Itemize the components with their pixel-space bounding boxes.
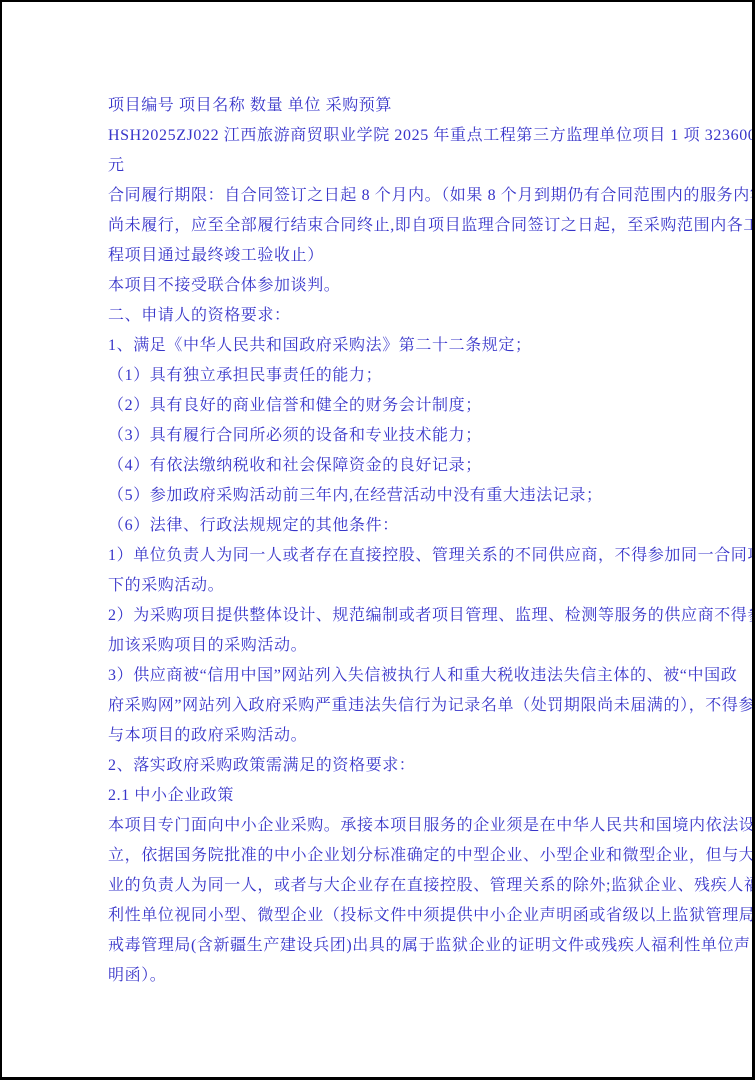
sme-policy-line-5: 戒毒管理局(含新疆生产建设兵团)出具的属于监狱企业的证明文件或残疾人福利性单位声 <box>108 931 656 961</box>
clause-1-item-2: （2）具有良好的商业信誉和健全的财务会计制度； <box>108 391 656 421</box>
clause-1-item-1: （1）具有独立承担民事责任的能力； <box>108 361 656 391</box>
project-summary-line-2: 元 <box>108 151 656 181</box>
clause-2-1-heading-line: 2.1 中小企业政策 <box>108 781 656 811</box>
clause-1-item-3: （3）具有履行合同所必须的设备和专业技术能力； <box>108 421 656 451</box>
sme-policy-line-4: 利性单位视同小型、微型企业（投标文件中须提供中小企业声明函或省级以上监狱管理局、 <box>108 901 656 931</box>
rule-2-line-1: 2）为采购项目提供整体设计、规范编制或者项目管理、监理、检测等服务的供应商不得参 <box>108 601 656 631</box>
no-consortium-note: 本项目不接受联合体参加谈判。 <box>108 271 656 301</box>
sme-policy-line-2: 立，依据国务院批准的中小企业划分标准确定的中型企业、小型企业和微型企业，但与大企 <box>108 841 656 871</box>
clause-1-item-4: （4）有依法缴纳税收和社会保障资金的良好记录； <box>108 451 656 481</box>
rule-2: 2）为采购项目提供整体设计、规范编制或者项目管理、监理、检测等服务的供应商不得参… <box>108 601 656 661</box>
contract-period-line-3: 程项目通过最终竣工验收止） <box>108 241 656 271</box>
rule-3-line-1: 3）供应商被“信用中国”网站列入失信被执行人和重大税收违法失信主体的、被“中国政 <box>108 661 656 691</box>
clause-1-item-2-line: （2）具有良好的商业信誉和健全的财务会计制度； <box>108 391 656 421</box>
document-page: { "document": { "text_color": "#3734c9",… <box>0 0 755 1080</box>
clause-1-item-3-line: （3）具有履行合同所必须的设备和专业技术能力； <box>108 421 656 451</box>
table-header-line: 项目编号 项目名称 数量 单位 采购预算 <box>108 91 656 121</box>
table-header-row: 项目编号 项目名称 数量 单位 采购预算 <box>108 91 656 121</box>
section-2-heading: 二、申请人的资格要求： <box>108 301 656 331</box>
clause-1-item-5: （5）参加政府采购活动前三年内,在经营活动中没有重大违法记录； <box>108 481 656 511</box>
rule-3: 3）供应商被“信用中国”网站列入失信被执行人和重大税收违法失信主体的、被“中国政… <box>108 661 656 751</box>
clause-1-item-6: （6）法律、行政法规规定的其他条件： <box>108 511 656 541</box>
sme-policy-line-6: 明函）。 <box>108 961 656 991</box>
clause-2-1-heading: 2.1 中小企业政策 <box>108 781 656 811</box>
document-content: 项目编号 项目名称 数量 单位 采购预算 HSH2025ZJ022 江西旅游商贸… <box>108 91 656 991</box>
rule-3-line-3: 与本项目的政府采购活动。 <box>108 721 656 751</box>
contract-period-line-2: 尚未履行，应至全部履行结束合同终止,即自项目监理合同签订之日起，至采购范围内各工 <box>108 211 656 241</box>
sme-policy-line-3: 业的负责人为同一人，或者与大企业存在直接控股、管理关系的除外;监狱企业、残疾人福 <box>108 871 656 901</box>
rule-1: 1）单位负责人为同一人或者存在直接控股、管理关系的不同供应商，不得参加同一合同项… <box>108 541 656 601</box>
clause-1: 1、满足《中华人民共和国政府采购法》第二十二条规定； <box>108 331 656 361</box>
rule-2-line-2: 加该采购项目的采购活动。 <box>108 631 656 661</box>
contract-period: 合同履行期限：自合同签订之日起 8 个月内。（如果 8 个月到期仍有合同范围内的… <box>108 181 656 271</box>
sme-policy-line-1: 本项目专门面向中小企业采购。承接本项目服务的企业须是在中华人民共和国境内依法设 <box>108 811 656 841</box>
clause-1-line: 1、满足《中华人民共和国政府采购法》第二十二条规定； <box>108 331 656 361</box>
sme-policy: 本项目专门面向中小企业采购。承接本项目服务的企业须是在中华人民共和国境内依法设 … <box>108 811 656 991</box>
section-2-heading-line: 二、申请人的资格要求： <box>108 301 656 331</box>
clause-1-item-6-line: （6）法律、行政法规规定的其他条件： <box>108 511 656 541</box>
clause-1-item-1-line: （1）具有独立承担民事责任的能力； <box>108 361 656 391</box>
clause-2: 2、落实政府采购政策需满足的资格要求： <box>108 751 656 781</box>
rule-1-line-1: 1）单位负责人为同一人或者存在直接控股、管理关系的不同供应商，不得参加同一合同项 <box>108 541 656 571</box>
no-consortium-line: 本项目不接受联合体参加谈判。 <box>108 271 656 301</box>
project-summary-row: HSH2025ZJ022 江西旅游商贸职业学院 2025 年重点工程第三方监理单… <box>108 121 656 181</box>
clause-1-item-4-line: （4）有依法缴纳税收和社会保障资金的良好记录； <box>108 451 656 481</box>
rule-1-line-2: 下的采购活动。 <box>108 571 656 601</box>
rule-3-line-2: 府采购网”网站列入政府采购严重违法失信行为记录名单（处罚期限尚未届满的），不得参 <box>108 691 656 721</box>
contract-period-line-1: 合同履行期限：自合同签订之日起 8 个月内。（如果 8 个月到期仍有合同范围内的… <box>108 181 656 211</box>
project-summary-line-1: HSH2025ZJ022 江西旅游商贸职业学院 2025 年重点工程第三方监理单… <box>108 121 656 151</box>
clause-1-item-5-line: （5）参加政府采购活动前三年内,在经营活动中没有重大违法记录； <box>108 481 656 511</box>
clause-2-line: 2、落实政府采购政策需满足的资格要求： <box>108 751 656 781</box>
